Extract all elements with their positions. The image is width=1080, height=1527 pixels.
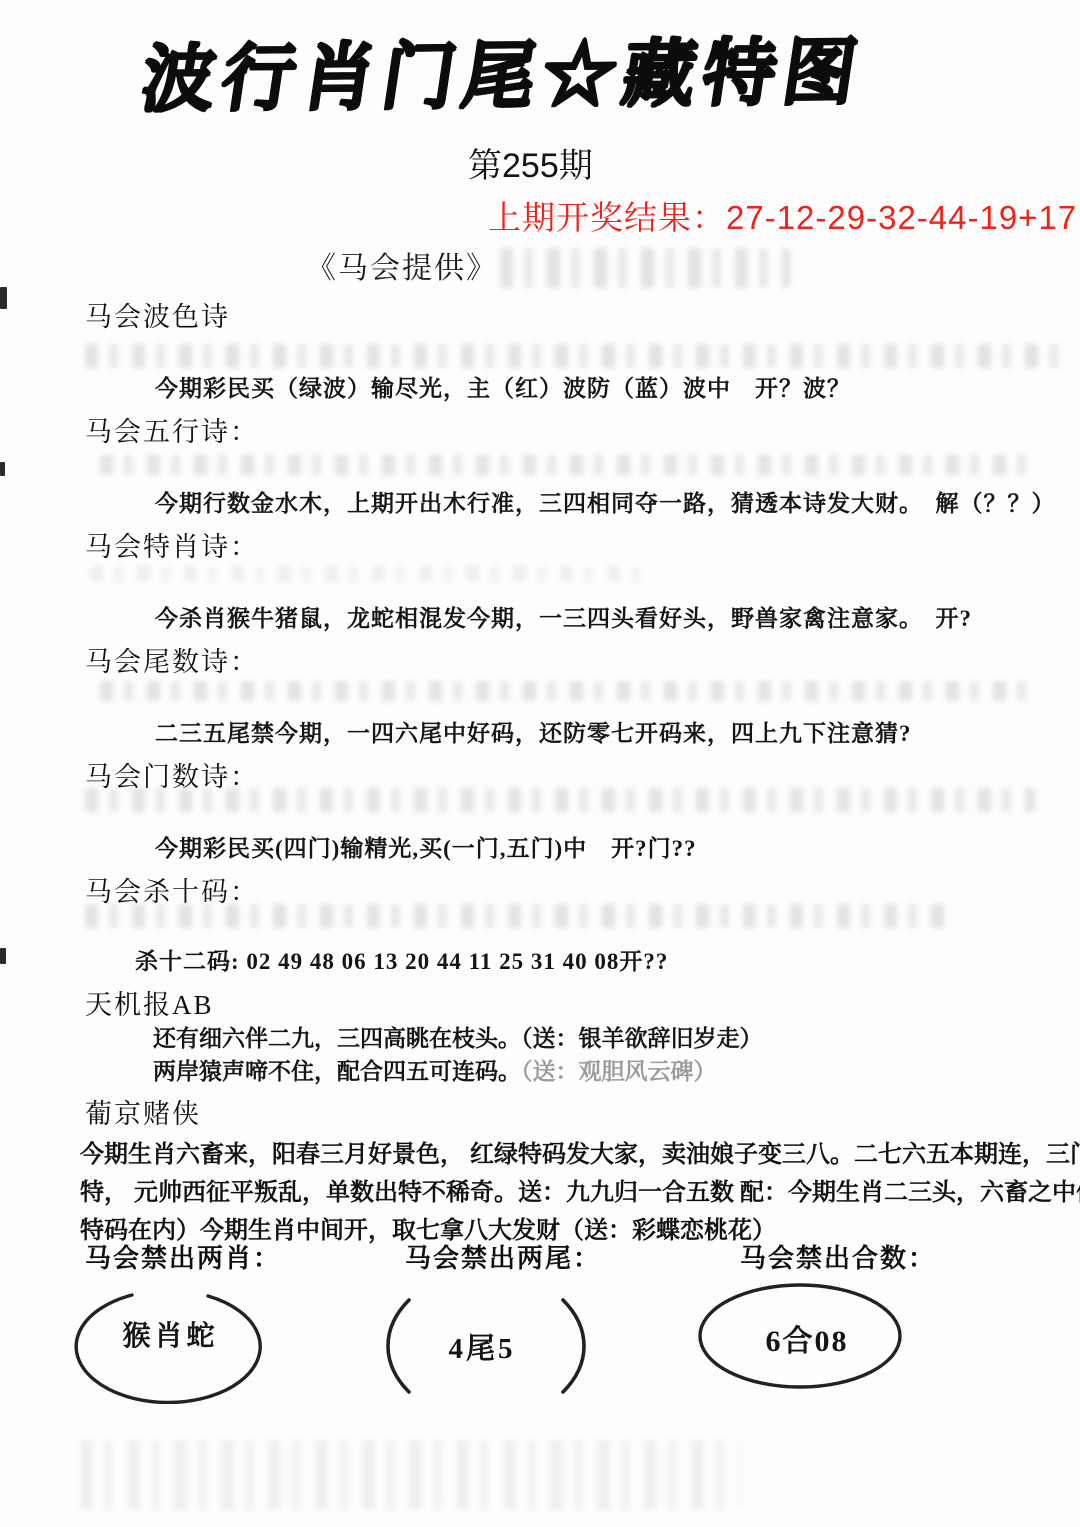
poem-five-elements: 今期行数金水木，上期开出木行准，三四相同夺一路，猜透本诗发大财。 解（？？） bbox=[155, 485, 1056, 518]
poem-wave-color: 今期彩民买（绿波）输尽光，主（红）波防（蓝）波中 开？波？ bbox=[155, 370, 851, 403]
section-heading-gate-number: 马会门数诗： bbox=[85, 755, 259, 794]
ghost-text-artifact bbox=[85, 344, 1070, 368]
tianji-line-2-main: 两岸猿声啼不住，配合四五可连码。 bbox=[153, 1059, 521, 1084]
scan-edge-artifact bbox=[0, 948, 6, 964]
tip-sheet-page: 波行肖门尾☆藏特图 第255期 上期开奖结果：27-12-29-32-44-19… bbox=[0, 0, 1080, 1527]
section-heading-five-elements: 马会五行诗： bbox=[85, 410, 259, 449]
previous-draw-label: 上期开奖结果： bbox=[488, 199, 726, 236]
forbidden-tail-value: 4尾5 bbox=[427, 1326, 537, 1367]
previous-draw-numbers: 27-12-29-32-44-19+17 bbox=[726, 199, 1077, 236]
pujing-line: 特， 元帅西征平叛乱，单数出特不稀奇。送：九九归一合五数 配：今期生肖二三头，六… bbox=[80, 1174, 1015, 1212]
page-title: 波行肖门尾☆藏特图 bbox=[134, 12, 871, 125]
forbidden-tail-heading: 马会禁出两尾： bbox=[405, 1238, 601, 1275]
forbidden-zodiac-heading: 马会禁出两肖： bbox=[85, 1238, 281, 1275]
kill-twelve-codes-line: 杀十二码: 02 49 48 06 13 20 44 11 25 31 40 0… bbox=[135, 943, 668, 976]
section-heading-tail-number: 马会尾数诗： bbox=[85, 640, 259, 679]
poem-gate-number: 今期彩民买(四门)输精光,买(一门,五门)中 开?门?? bbox=[155, 830, 697, 863]
forbidden-zodiac-value: 猴肖蛇 bbox=[103, 1314, 238, 1354]
section-heading-pujing-gambler: 葡京赌侠 bbox=[85, 1092, 201, 1131]
forbidden-sum-heading: 马会禁出合数： bbox=[740, 1238, 936, 1275]
previous-draw-result: 上期开奖结果：27-12-29-32-44-19+17 bbox=[488, 192, 1077, 239]
scan-edge-artifact bbox=[0, 287, 7, 309]
tianji-line-2: 两岸猿声啼不住，配合四五可连码。（送：观胆风云碑） bbox=[153, 1053, 717, 1086]
section-heading-special-zodiac: 马会特肖诗： bbox=[85, 525, 259, 564]
tianji-line-2-gift: （送：观胆风云碑） bbox=[521, 1059, 717, 1084]
forbidden-sum-value: 6合08 bbox=[742, 1316, 872, 1360]
poem-special-zodiac: 今杀肖猴牛猪鼠，龙蛇相混发今期，一三四头看好头，野兽家禽注意家。 开? bbox=[155, 600, 972, 633]
poem-tail-number: 二三五尾禁今期，一四六尾中好码，还防零七开码来，四上九下注意猜? bbox=[155, 715, 912, 748]
tianji-line-1: 还有细六伴二九，三四高眺在枝头。（送：银羊欲辞旧岁走） bbox=[153, 1020, 763, 1053]
provider-line: 《马会提供》 bbox=[306, 243, 498, 287]
ghost-text-artifact bbox=[100, 455, 1030, 475]
pujing-paragraph: 今期生肖六畜来，阳春三月好景色， 红绿特码发大家，卖油娘子变三八。二七六五本期连… bbox=[80, 1136, 1015, 1250]
ghost-text-artifact bbox=[80, 1440, 740, 1510]
ghost-text-artifact bbox=[90, 566, 650, 582]
scan-edge-artifact bbox=[0, 462, 5, 476]
section-heading-wave-color: 马会波色诗 bbox=[85, 295, 230, 334]
pujing-line: 今期生肖六畜来，阳春三月好景色， 红绿特码发大家，卖油娘子变三八。二七六五本期连… bbox=[80, 1136, 1015, 1174]
section-heading-kill-ten-codes: 马会杀十码： bbox=[85, 870, 259, 909]
ghost-text-artifact bbox=[100, 681, 1030, 701]
ghost-text-artifact bbox=[500, 248, 790, 288]
section-heading-tianji-report: 天机报AB bbox=[85, 983, 214, 1022]
issue-number: 第255期 bbox=[468, 138, 593, 187]
